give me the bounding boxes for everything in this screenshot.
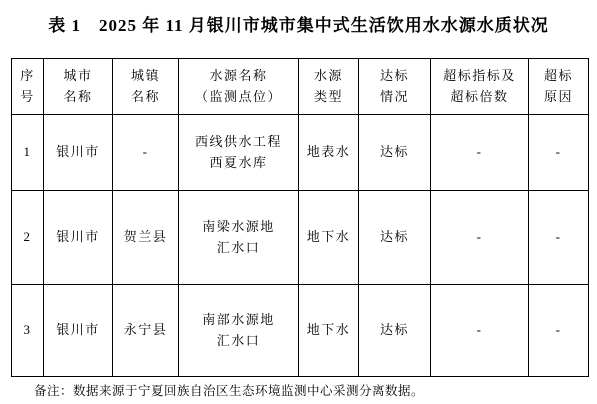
cell-compliance-status: 达标 bbox=[359, 115, 431, 191]
table-row: 1 银川市 - 西线供水工程 西夏水库 地表水 达标 - - bbox=[12, 115, 589, 191]
table-header-row: 序 号 城市 名称 城镇 名称 水源名称 （监测点位） 水源 类型 达标 情况 … bbox=[12, 59, 589, 115]
header-source-name: 水源名称 （监测点位） bbox=[179, 59, 299, 115]
cell-source-type: 地表水 bbox=[299, 115, 359, 191]
cell-source-type: 地下水 bbox=[299, 191, 359, 285]
cell-city-name: 银川市 bbox=[44, 191, 113, 285]
cell-city-name: 银川市 bbox=[44, 115, 113, 191]
data-source-note: 备注：数据来源于宁夏回族自治区生态环境监测中心采测分离数据。 bbox=[34, 381, 424, 399]
cell-compliance-status: 达标 bbox=[359, 285, 431, 377]
cell-compliance-status: 达标 bbox=[359, 191, 431, 285]
cell-town-name: - bbox=[113, 115, 179, 191]
cell-source-name: 西线供水工程 西夏水库 bbox=[179, 115, 299, 191]
cell-exceedance-reason: - bbox=[529, 115, 589, 191]
cell-exceedance-indicator: - bbox=[431, 191, 529, 285]
cell-source-type: 地下水 bbox=[299, 285, 359, 377]
cell-town-name: 贺兰县 bbox=[113, 191, 179, 285]
cell-serial-number: 3 bbox=[12, 285, 44, 377]
water-quality-table: 序 号 城市 名称 城镇 名称 水源名称 （监测点位） 水源 类型 达标 情况 … bbox=[11, 58, 589, 377]
header-compliance-status: 达标 情况 bbox=[359, 59, 431, 115]
cell-serial-number: 2 bbox=[12, 191, 44, 285]
cell-source-name: 南梁水源地 汇水口 bbox=[179, 191, 299, 285]
cell-city-name: 银川市 bbox=[44, 285, 113, 377]
header-exceedance-reason: 超标 原因 bbox=[529, 59, 589, 115]
header-exceedance-indicator: 超标指标及 超标倍数 bbox=[431, 59, 529, 115]
cell-exceedance-indicator: - bbox=[431, 115, 529, 191]
table-row: 2 银川市 贺兰县 南梁水源地 汇水口 地下水 达标 - - bbox=[12, 191, 589, 285]
cell-source-name: 南部水源地 汇水口 bbox=[179, 285, 299, 377]
header-serial-number: 序 号 bbox=[12, 59, 44, 115]
page-title: 表 1 2025 年 11 月银川市城市集中式生活饮用水水源水质状况 bbox=[0, 11, 597, 36]
cell-town-name: 永宁县 bbox=[113, 285, 179, 377]
table-row: 3 银川市 永宁县 南部水源地 汇水口 地下水 达标 - - bbox=[12, 285, 589, 377]
header-town-name: 城镇 名称 bbox=[113, 59, 179, 115]
cell-exceedance-reason: - bbox=[529, 191, 589, 285]
header-source-type: 水源 类型 bbox=[299, 59, 359, 115]
cell-exceedance-indicator: - bbox=[431, 285, 529, 377]
cell-serial-number: 1 bbox=[12, 115, 44, 191]
cell-exceedance-reason: - bbox=[529, 285, 589, 377]
header-city-name: 城市 名称 bbox=[44, 59, 113, 115]
